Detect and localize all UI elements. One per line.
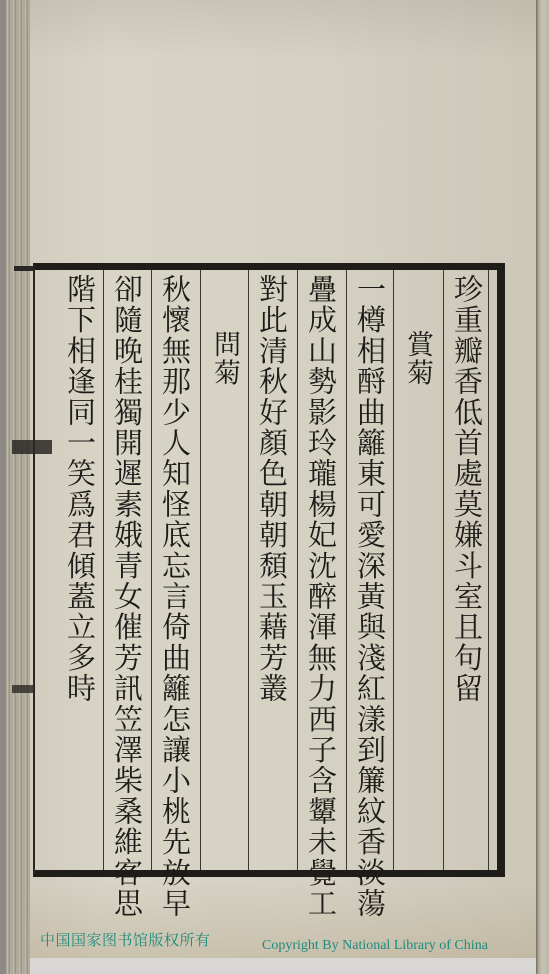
column-rule — [200, 270, 201, 870]
page-stack-shadow — [0, 0, 6, 974]
text-column-3: 一樽相酹曲籬東可愛深黃與淺紅漾到簾紋香淡蕩 — [351, 274, 389, 919]
copyright-watermark-chinese: 中国国家图书馆版权所有 — [40, 929, 211, 950]
poem-title-shang-ju: 賞菊 — [398, 330, 436, 387]
column-rule — [346, 270, 347, 870]
book-page: 珍重瓣香低首處莫嫌斗室且句留 賞菊 一樽相酹曲籬東可愛深黃與淺紅漾到簾紋香淡蕩 … — [0, 0, 549, 974]
text-column-5: 對此清秋好顏色朝朝頹玉藉芳叢 — [253, 274, 291, 704]
binding-mark-top — [14, 266, 34, 271]
text-column-8: 卻隨晚桂獨開遲素娥青女催芳訊笠澤柴桑維客思 — [108, 274, 146, 919]
column-rule — [443, 270, 444, 870]
binding-mark-low — [12, 685, 34, 693]
text-column-4: 疊成山勢影玲瓏楊妃沈醉渾無力西子含顰未覺工 — [302, 274, 340, 919]
text-column-9: 階下相逢同一笑爲君傾蓋立多時 — [61, 274, 99, 704]
column-rule — [103, 270, 104, 870]
column-rule — [297, 270, 298, 870]
copyright-watermark-english: Copyright By National Library of China — [262, 938, 488, 954]
column-rule — [248, 270, 249, 870]
bottom-page-edge — [30, 958, 549, 974]
top-shade — [30, 0, 536, 60]
column-rule — [393, 270, 394, 870]
column-rule — [151, 270, 152, 870]
text-column-7: 秋懷無那少人知怪底忘言倚曲籬怎讓小桃先放早 — [156, 274, 194, 919]
right-fold — [536, 0, 549, 974]
text-column-1: 珍重瓣香低首處莫嫌斗室且句留 — [448, 274, 486, 704]
column-rule — [488, 270, 489, 870]
poem-title-wen-ju: 問菊 — [205, 330, 243, 387]
